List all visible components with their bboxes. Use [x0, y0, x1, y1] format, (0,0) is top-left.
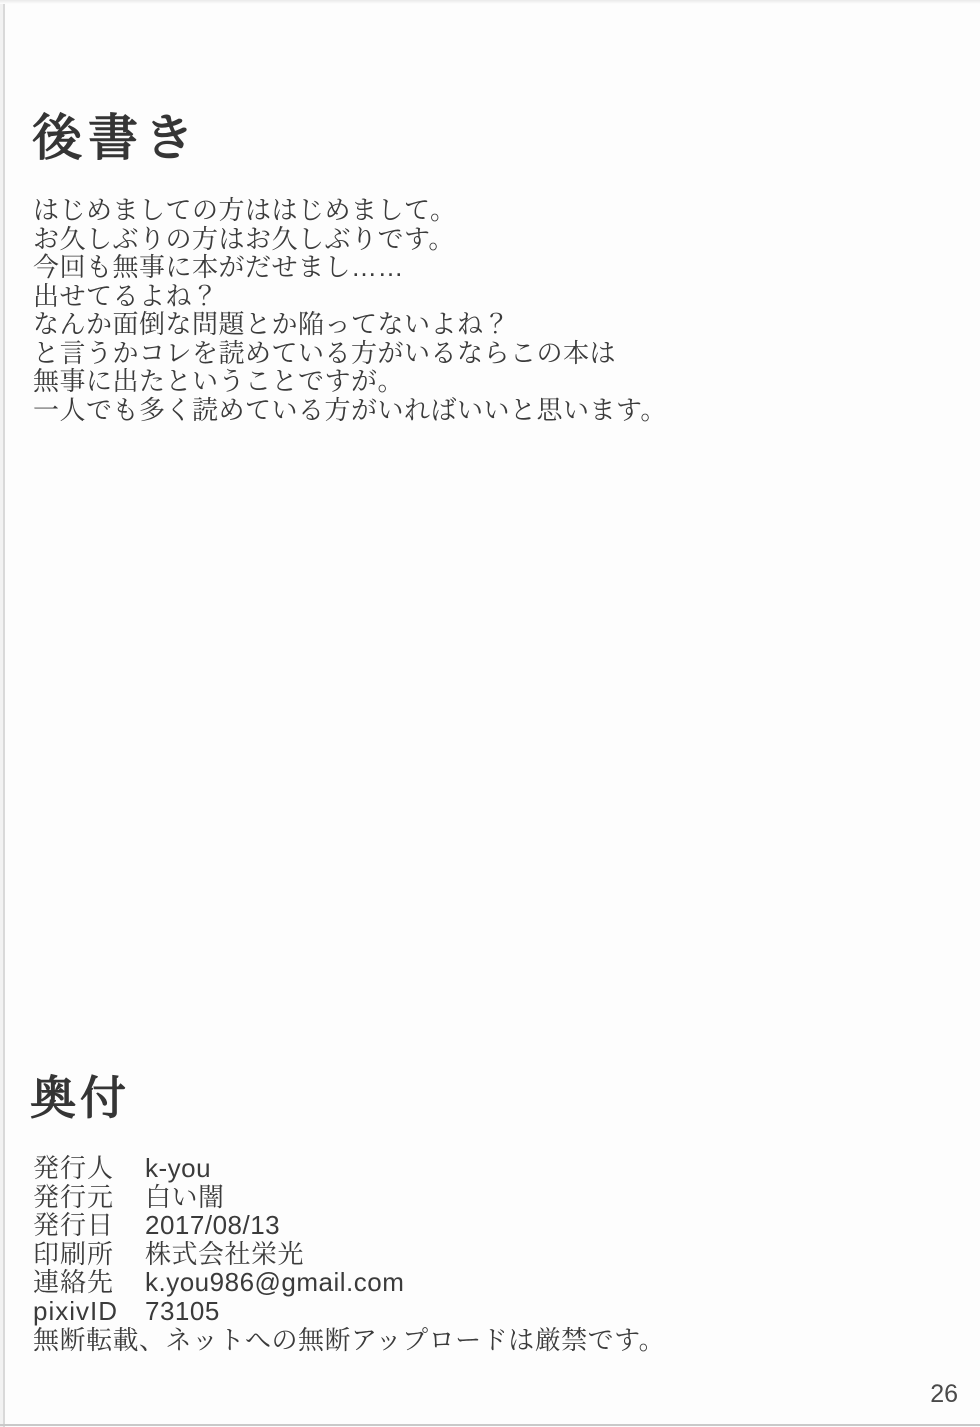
scan-edge-top	[0, 0, 980, 4]
scan-edge-bottom	[0, 1424, 980, 1426]
page-number: 26	[930, 1380, 958, 1409]
colophon-row-pixiv-id: pixivID 73105	[33, 1297, 933, 1326]
colophon-label: pixivID	[33, 1297, 145, 1326]
afterword-body: はじめましての方ははじめまして。 お久しぶりの方はお久しぶりです。 今回も無事に…	[33, 196, 833, 424]
afterword-line: 無事に出たということですが。	[33, 367, 833, 396]
colophon-row-publisher-person: 発行人 k-you	[33, 1154, 933, 1183]
copyright-notice: 無断転載、ネットへの無断アップロードは厳禁です。	[33, 1326, 933, 1355]
afterword-line: なんか面倒な問題とか陥ってないよね？	[33, 310, 833, 339]
colophon-row-printer: 印刷所 株式会社栄光	[33, 1240, 933, 1269]
colophon-row-publish-date: 発行日 2017/08/13	[33, 1211, 933, 1240]
colophon-value-email: k.you986@gmail.com	[145, 1268, 404, 1297]
afterword-line: はじめましての方ははじめまして。	[33, 196, 833, 225]
afterword-line: 出せてるよね？	[33, 282, 833, 311]
colophon-label: 発行日	[33, 1211, 145, 1240]
colophon: 発行人 k-you 発行元 白い闇 発行日 2017/08/13 印刷所 株式会…	[33, 1154, 933, 1354]
scanned-doujinshi-page: 後書き はじめましての方ははじめまして。 お久しぶりの方はお久しぶりです。 今回…	[0, 0, 980, 1427]
colophon-row-circle: 発行元 白い闇	[33, 1183, 933, 1212]
colophon-label: 発行人	[33, 1154, 145, 1183]
colophon-label: 発行元	[33, 1183, 145, 1212]
colophon-value: 白い闇	[145, 1183, 225, 1212]
colophon-value: 2017/08/13	[145, 1211, 280, 1240]
afterword-line: お久しぶりの方はお久しぶりです。	[33, 225, 833, 254]
afterword-line: 一人でも多く読めている方がいればいいと思います。	[33, 396, 833, 425]
scan-edge-left	[3, 0, 5, 1427]
colophon-heading: 奥付	[30, 1062, 130, 1128]
colophon-value: 株式会社栄光	[145, 1240, 304, 1269]
colophon-label: 連絡先	[33, 1268, 145, 1297]
colophon-row-contact: 連絡先 k.you986@gmail.com	[33, 1268, 933, 1297]
afterword-line: と言うかコレを読めている方がいるならこの本は	[33, 339, 833, 368]
colophon-value: k-you	[145, 1154, 211, 1183]
colophon-value: 73105	[145, 1297, 220, 1326]
afterword-line: 今回も無事に本がだせまし……	[33, 253, 833, 282]
afterword-heading: 後書き	[32, 98, 200, 170]
colophon-label: 印刷所	[33, 1240, 145, 1269]
